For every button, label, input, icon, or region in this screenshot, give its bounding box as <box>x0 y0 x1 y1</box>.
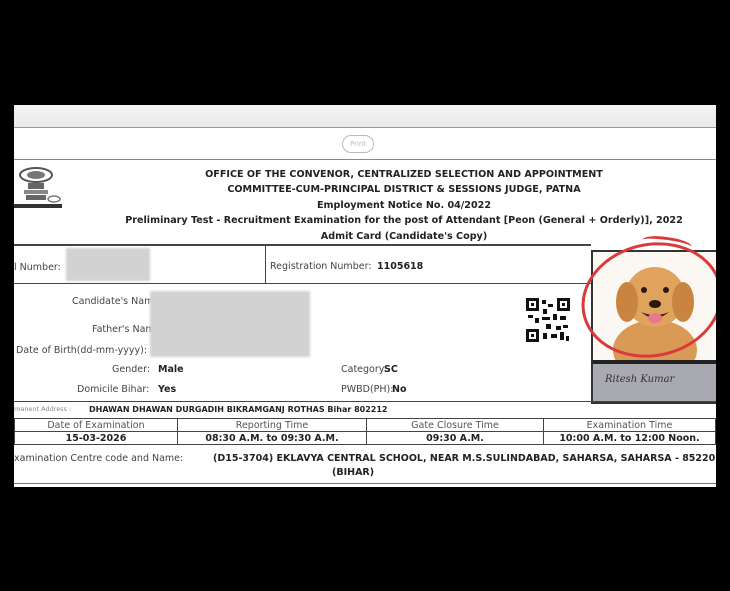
pwbd-value: No <box>392 384 406 395</box>
header-gate-closure: Gate Closure Time <box>367 419 544 432</box>
centre-value-line1: (D15-3704) EKLAVYA CENTRAL SCHOOL, NEAR … <box>213 453 716 464</box>
registration-number-label: Registration Number: <box>270 261 372 272</box>
category-value: SC <box>384 364 398 375</box>
header-line-committee: COMMITTEE-CUM-PRINCIPAL DISTRICT & SESSI… <box>114 182 694 197</box>
category-label: Category: <box>341 364 387 375</box>
value-date: 15-03-2026 <box>15 432 178 445</box>
divider <box>14 244 591 246</box>
divider <box>14 483 716 484</box>
header-line-office: OFFICE OF THE CONVENOR, CENTRALIZED SELE… <box>114 167 694 182</box>
gender-label: Gender: <box>112 364 150 375</box>
header-line-notice: Employment Notice No. 04/2022 <box>114 198 694 213</box>
roll-number-redacted <box>66 248 150 281</box>
admit-card-header: OFFICE OF THE CONVENOR, CENTRALIZED SELE… <box>114 167 694 244</box>
header-exam-time: Examination Time <box>544 419 716 432</box>
divider <box>14 401 716 402</box>
centre-value-line2: (BIHAR) <box>332 467 374 478</box>
emblem-logo-icon <box>14 165 74 217</box>
address-value: DHAWAN DHAWAN DURGADIH BIKRAMGANJ ROTHAS… <box>89 405 387 414</box>
header-date: Date of Examination <box>15 419 178 432</box>
domicile-value: Yes <box>158 384 176 395</box>
roll-number-label: l Number: <box>14 262 61 273</box>
divider <box>14 283 591 284</box>
divider <box>265 245 266 283</box>
address-label: manent Address : <box>14 405 71 413</box>
header-reporting: Reporting Time <box>178 419 367 432</box>
candidate-name-label: Candidate's Name: <box>72 296 162 307</box>
value-gate-closure: 09:30 A.M. <box>367 432 544 445</box>
domicile-label: Domicile Bihar: <box>77 384 149 395</box>
qr-code-icon <box>526 298 570 342</box>
table-header-row: Date of Examination Reporting Time Gate … <box>15 419 716 432</box>
value-reporting: 08:30 A.M. to 09:30 A.M. <box>178 432 367 445</box>
admit-card-page: Print OFFICE OF THE CONVENOR, CENTRALIZE… <box>14 105 716 487</box>
registration-number-value: 1105618 <box>377 261 423 272</box>
personal-details-redacted <box>150 291 310 357</box>
centre-label: xamination Centre code and Name: <box>14 453 183 464</box>
print-toolbar: Print <box>14 128 716 160</box>
browser-top-bar <box>14 105 716 128</box>
print-button[interactable]: Print <box>342 135 374 153</box>
gender-value: Male <box>158 364 184 375</box>
candidate-signature: Ritesh Kumar <box>591 360 716 404</box>
pwbd-label: PWBD(PH): <box>341 384 393 395</box>
table-row: 15-03-2026 08:30 A.M. to 09:30 A.M. 09:3… <box>15 432 716 445</box>
header-line-exam: Preliminary Test - Recruitment Examinati… <box>114 213 694 228</box>
header-line-title: Admit Card (Candidate's Copy) <box>114 229 694 244</box>
dob-label: Date of Birth(dd-mm-yyyy): <box>16 345 147 356</box>
exam-schedule-table: Date of Examination Reporting Time Gate … <box>14 418 716 445</box>
value-exam-time: 10:00 A.M. to 12:00 Noon. <box>544 432 716 445</box>
